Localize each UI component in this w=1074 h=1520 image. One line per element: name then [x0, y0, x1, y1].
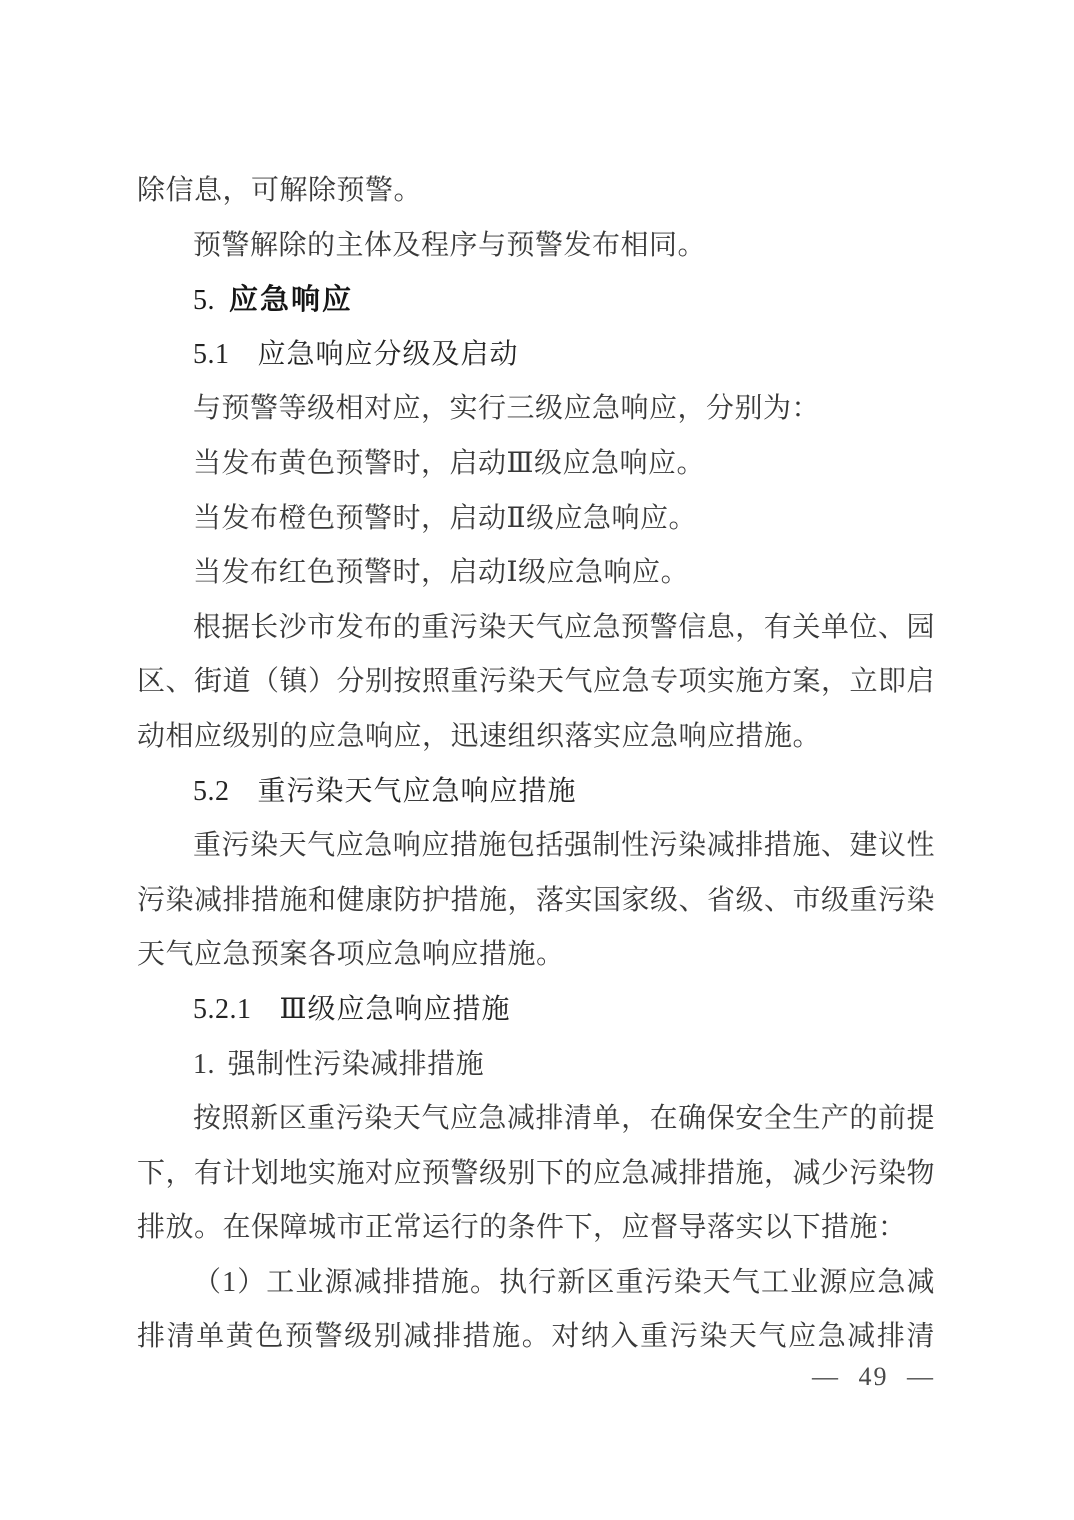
document-page: 除信息，可解除预警。 预警解除的主体及程序与预警发布相同。 5.应急响应 5.1…: [0, 0, 1074, 1520]
list-number: 1.: [193, 1049, 215, 1080]
subsection-heading-5-2: 5.2重污染天气应急响应措施: [137, 765, 935, 820]
page-body: 除信息，可解除预警。 预警解除的主体及程序与预警发布相同。 5.应急响应 5.1…: [137, 164, 935, 1365]
section-number: 5.2.1: [193, 994, 252, 1025]
section-title: 应急响应分级及启动: [258, 339, 519, 370]
body-line: （1）工业源减排措施。执行新区重污染天气工业源应急减: [137, 1256, 935, 1311]
body-line: 污染减排措施和健康防护措施，落实国家级、省级、市级重污染: [137, 874, 935, 929]
body-line: 天气应急预案各项应急响应措施。: [137, 928, 935, 983]
section-number: 5.: [193, 285, 215, 316]
section-title: 应急响应: [229, 284, 353, 316]
subsection-heading-5-1: 5.1应急响应分级及启动: [137, 328, 935, 383]
body-line: 当发布橙色预警时，启动Ⅱ级应急响应。: [137, 492, 935, 547]
section-number: 5.1: [193, 339, 230, 370]
body-line: 重污染天气应急响应措施包括强制性污染减排措施、建议性: [137, 819, 935, 874]
list-title: 强制性污染减排措施: [228, 1049, 485, 1080]
section-heading-5: 5.应急响应: [137, 273, 935, 328]
subsection-heading-5-2-1: 5.2.1Ⅲ级应急响应措施: [137, 983, 935, 1038]
section-title: 重污染天气应急响应措施: [258, 776, 577, 807]
body-line: 除信息，可解除预警。: [137, 164, 935, 219]
list-item-heading-1: 1.强制性污染减排措施: [137, 1038, 935, 1093]
page-number: — 49 —: [812, 1360, 935, 1394]
body-line: 与预警等级相对应，实行三级应急响应，分别为：: [137, 382, 935, 437]
body-line: 区、街道（镇）分别按照重污染天气应急专项实施方案，立即启: [137, 655, 935, 710]
body-line: 动相应级别的应急响应，迅速组织落实应急响应措施。: [137, 710, 935, 765]
body-line: 根据长沙市发布的重污染天气应急预警信息，有关单位、园: [137, 601, 935, 656]
body-line: 当发布黄色预警时，启动Ⅲ级应急响应。: [137, 437, 935, 492]
section-title: Ⅲ级应急响应措施: [280, 994, 511, 1025]
body-line: 当发布红色预警时，启动Ⅰ级应急响应。: [137, 546, 935, 601]
body-line: 排清单黄色预警级别减排措施。对纳入重污染天气应急减排清: [137, 1310, 935, 1365]
body-line: 预警解除的主体及程序与预警发布相同。: [137, 219, 935, 274]
body-line: 按照新区重污染天气应急减排清单，在确保安全生产的前提: [137, 1092, 935, 1147]
section-number: 5.2: [193, 776, 230, 807]
body-line: 排放。在保障城市正常运行的条件下，应督导落实以下措施：: [137, 1201, 935, 1256]
body-line: 下，有计划地实施对应预警级别下的应急减排措施，减少污染物: [137, 1147, 935, 1202]
